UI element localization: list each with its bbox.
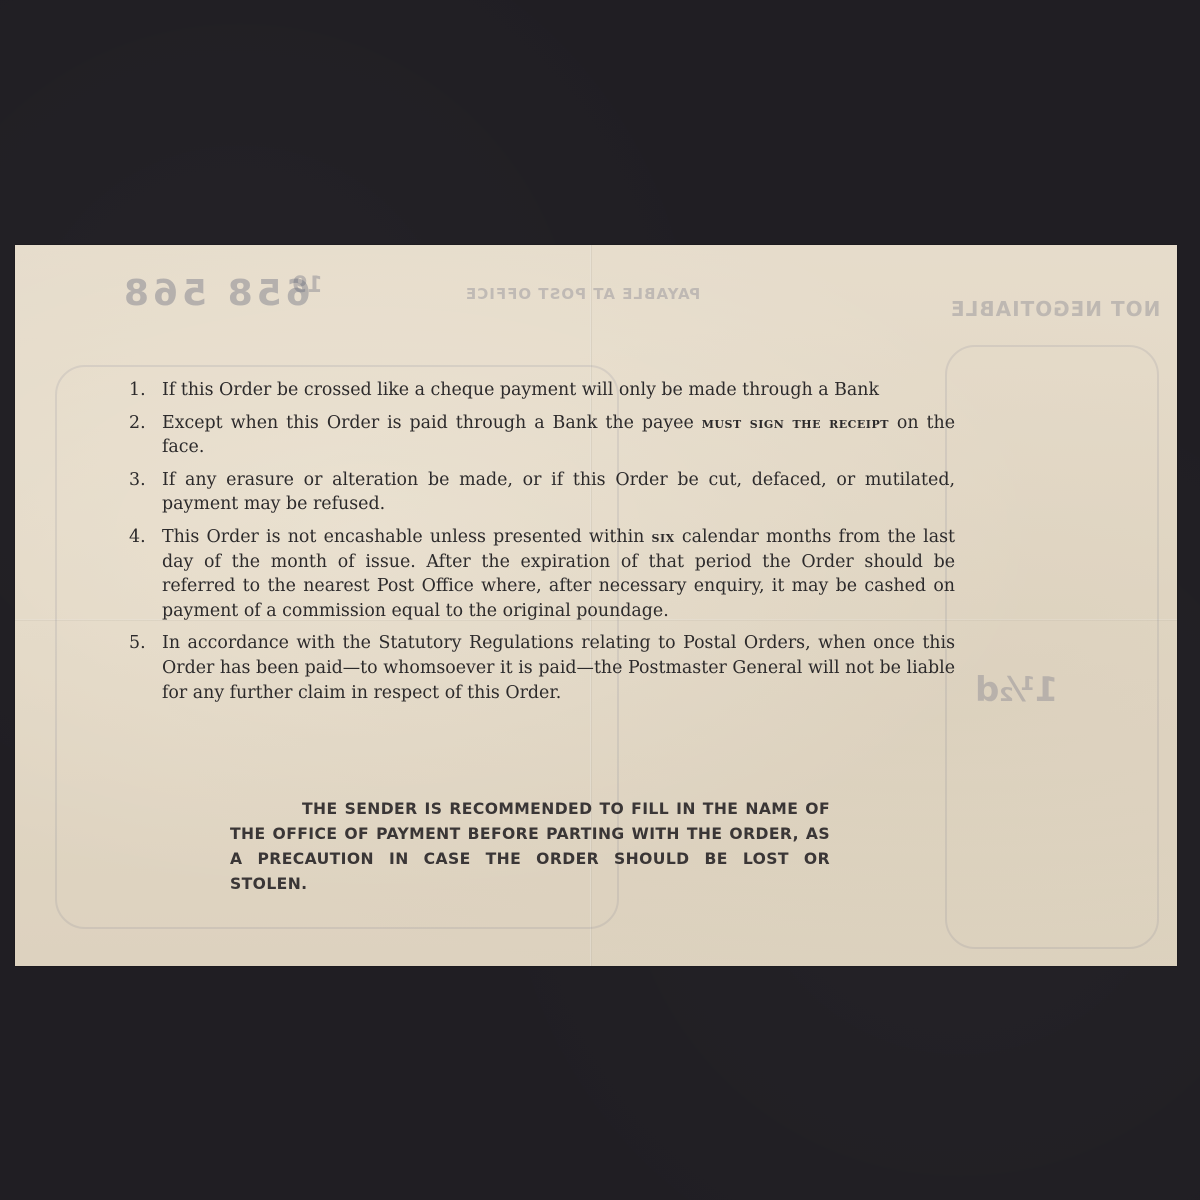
show-through-frame-right <box>945 345 1159 949</box>
condition-item: 3.If any erasure or alteration be made, … <box>115 468 955 517</box>
condition-item: 2.Except when this Order is paid through… <box>115 411 955 460</box>
condition-item: 1.If this Order be crossed like a cheque… <box>115 378 955 403</box>
conditions-list: 1.If this Order be crossed like a cheque… <box>115 378 955 713</box>
condition-number: 5. <box>115 631 159 705</box>
condition-item: 4.This Order is not encashable unless pr… <box>115 525 955 623</box>
sender-notice: THE SENDER IS RECOMMENDED TO FILL IN THE… <box>230 797 830 897</box>
condition-text: This Order is not encashable unless pres… <box>159 525 955 623</box>
text-run: Except when this Order is paid through a… <box>162 413 702 433</box>
emphasis-small-caps: must sign the receipt <box>702 414 889 432</box>
text-run: In accordance with the Statutory Regulat… <box>162 633 955 702</box>
condition-number: 1. <box>115 378 159 403</box>
show-through-header-line-1: PAYABLE AT POST OFFICE <box>465 285 700 303</box>
show-through-serial-prefix: 19 <box>292 273 323 298</box>
text-run: This Order is not encashable unless pres… <box>162 527 652 547</box>
condition-number: 3. <box>115 468 159 517</box>
condition-text: If this Order be crossed like a cheque p… <box>159 378 955 403</box>
postal-order-reverse: 658 568 19 PAYABLE AT POST OFFICE NOT NE… <box>15 245 1177 966</box>
condition-text: If any erasure or alteration be made, or… <box>159 468 955 517</box>
condition-text: In accordance with the Statutory Regulat… <box>159 631 955 705</box>
condition-number: 4. <box>115 525 159 623</box>
show-through-not-negotiable: NOT NEGOTIABLE <box>950 297 1160 321</box>
text-run: If this Order be crossed like a cheque p… <box>162 380 879 400</box>
condition-number: 2. <box>115 411 159 460</box>
condition-text: Except when this Order is paid through a… <box>159 411 955 460</box>
show-through-serial-number: 658 568 <box>120 273 311 314</box>
emphasis-small-caps: six <box>652 528 675 546</box>
condition-item: 5.In accordance with the Statutory Regul… <box>115 631 955 705</box>
text-run: If any erasure or alteration be made, or… <box>162 470 955 515</box>
